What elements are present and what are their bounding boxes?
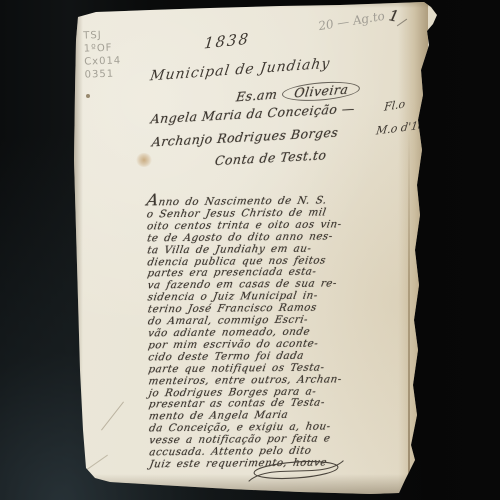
year-heading: 1838 bbox=[203, 29, 251, 52]
clerk-prefix: Es.am bbox=[235, 86, 278, 104]
paper-crease bbox=[101, 402, 124, 431]
parties-block: Angela Maria da Conceição — Archanjo Rod… bbox=[150, 101, 358, 179]
archive-code-line: Cx014 bbox=[84, 54, 121, 68]
case-type-line: Conta de Test.to bbox=[214, 146, 358, 169]
archive-code-line: 1ºOF bbox=[84, 41, 121, 55]
archive-code-line: 0351 bbox=[84, 67, 121, 81]
paper-speck bbox=[86, 94, 90, 98]
party-name-2: Archanjo Rodrigues Borges bbox=[151, 123, 357, 149]
paper-stain bbox=[136, 153, 152, 167]
body-text-block: Anno do Nascimento de N. S. o Senhor Jes… bbox=[147, 192, 402, 471]
clerk-name-oval: Oliveira bbox=[281, 80, 362, 104]
page-edge-line bbox=[408, 130, 410, 500]
archive-code-line: TSJ bbox=[83, 28, 120, 42]
archive-code-stamp: TSJ 1ºOF Cx014 0351 bbox=[83, 28, 122, 81]
corner-fold-mark bbox=[86, 455, 108, 471]
court-title-line: Municipal de Jundiahy bbox=[149, 56, 331, 85]
pencil-date-note: 20 — Ag.to bbox=[318, 9, 385, 34]
